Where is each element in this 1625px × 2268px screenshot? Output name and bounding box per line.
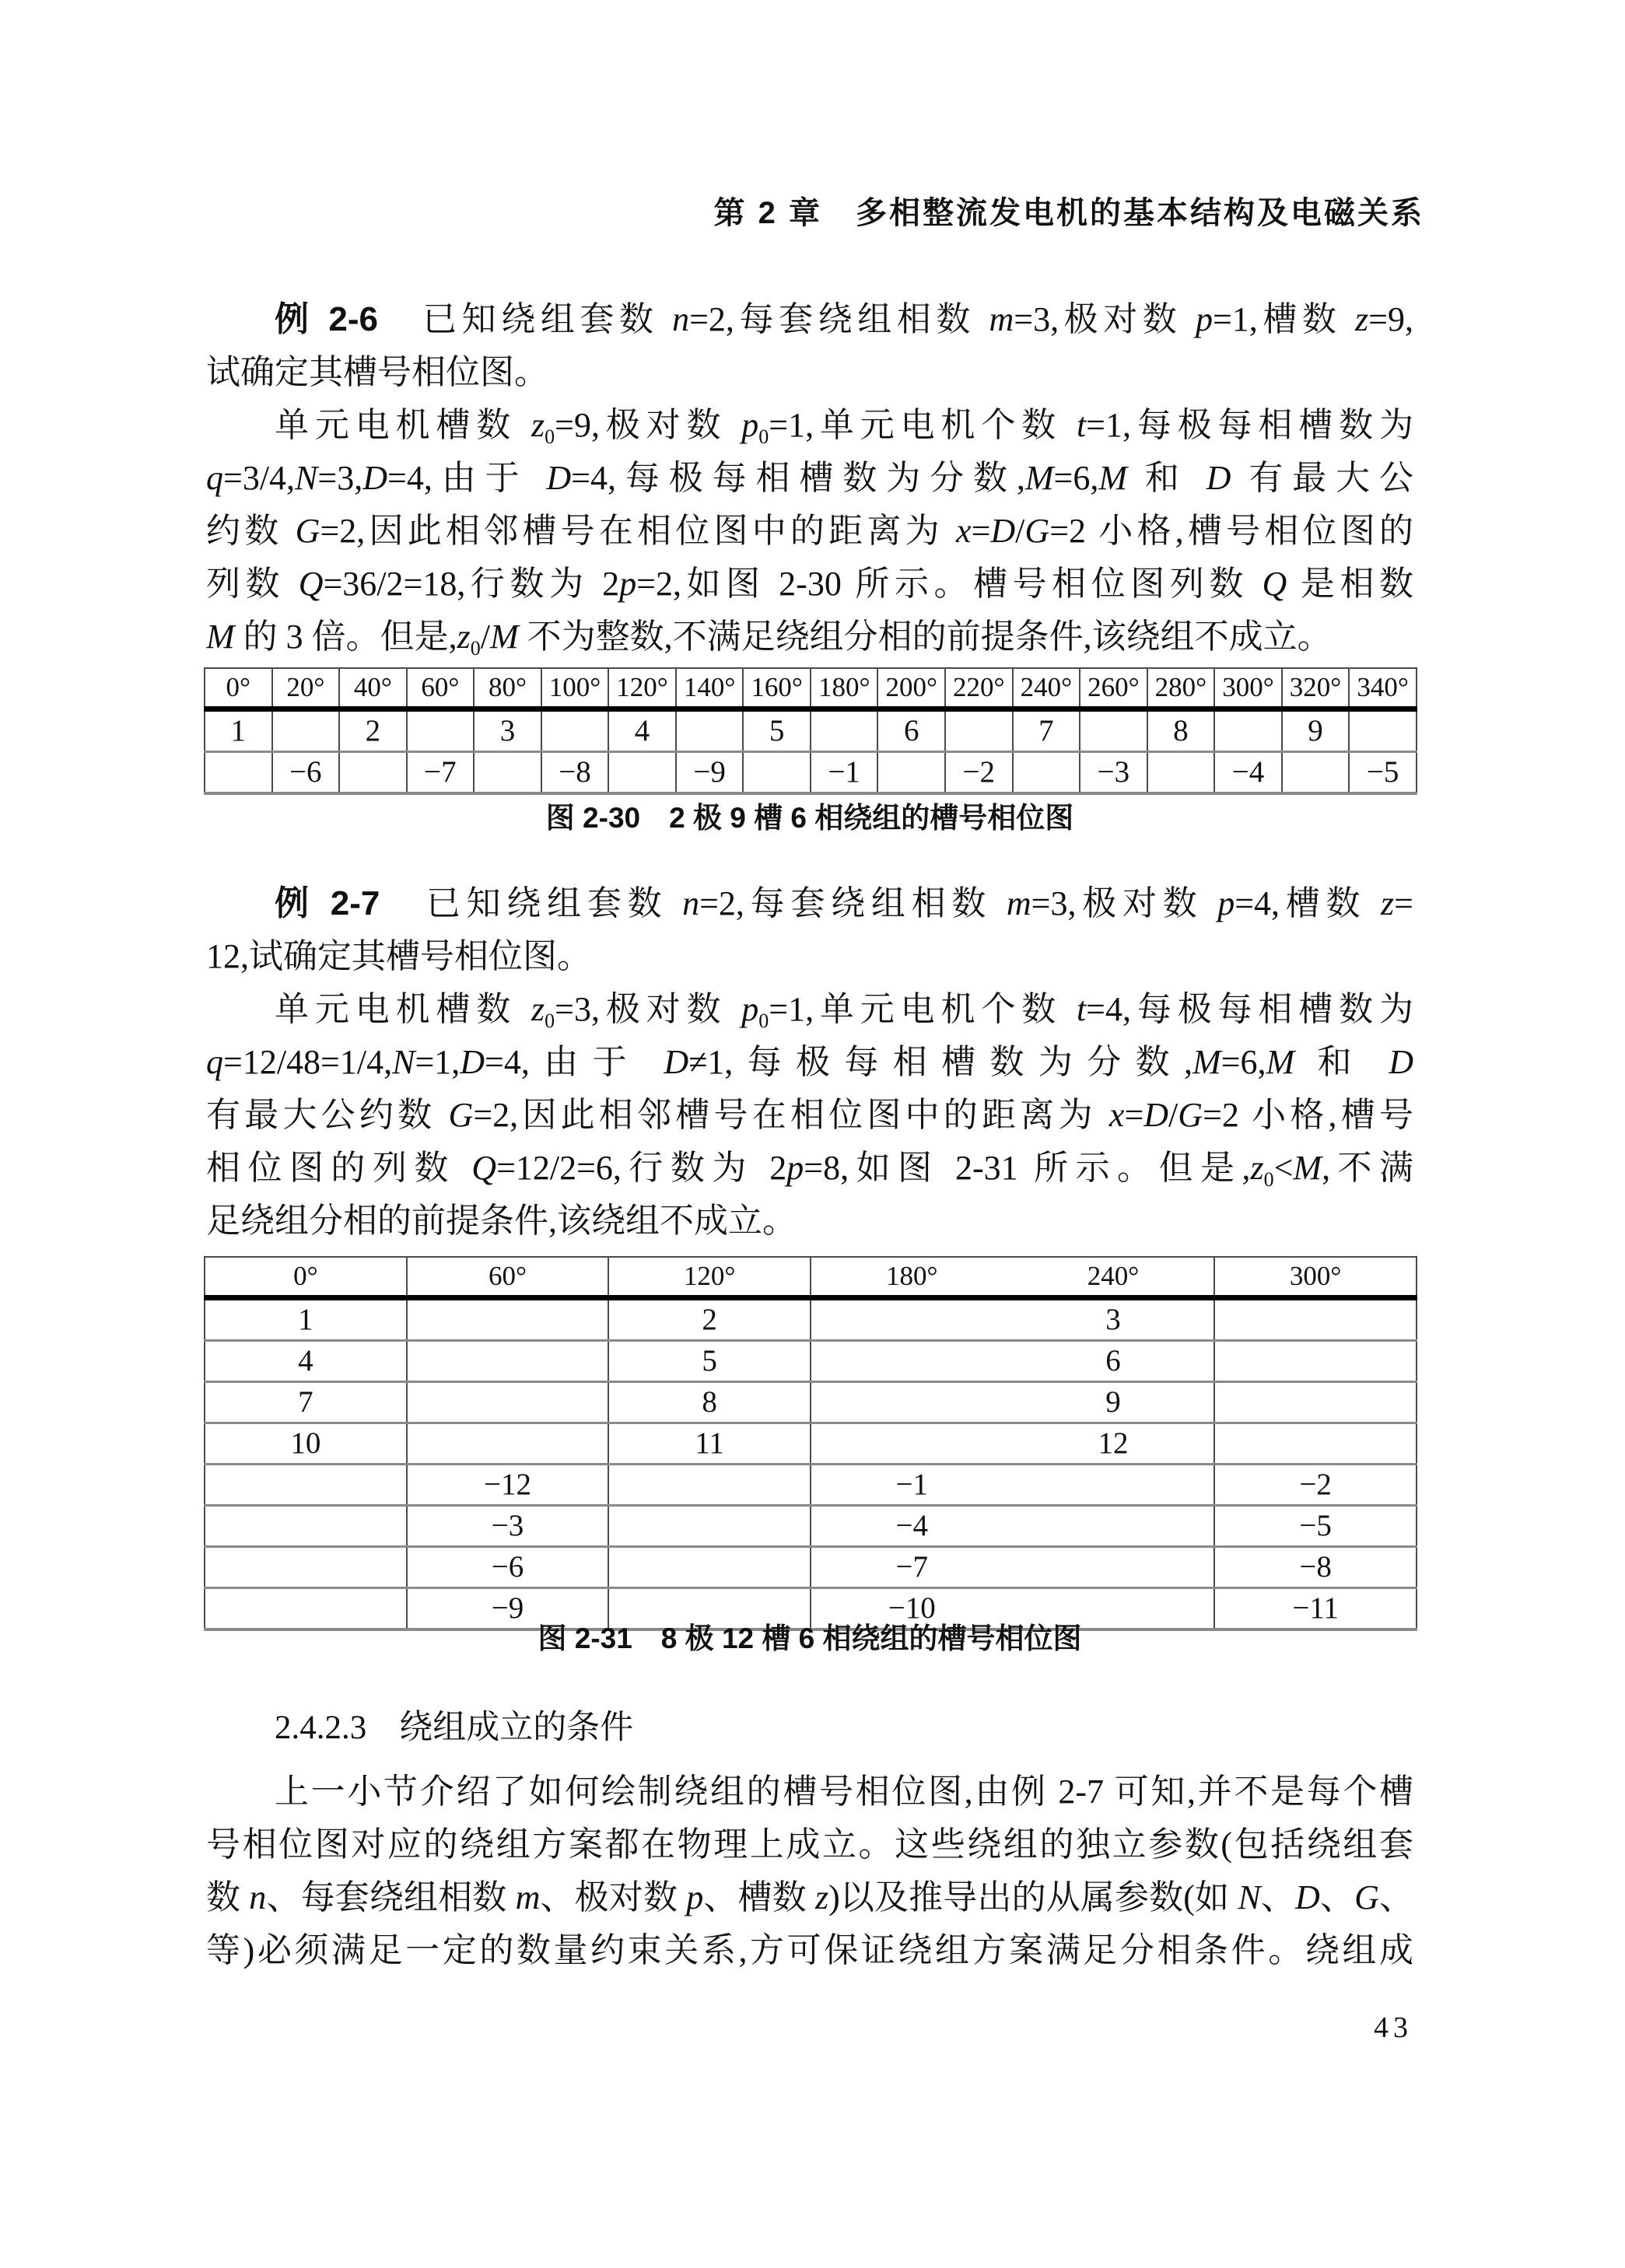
text-run: =3,极对数 [1031, 884, 1218, 922]
text-run: 例 2-7 [275, 884, 380, 922]
degree-header-cell: 240° [1013, 1257, 1215, 1298]
slot-number-cell [945, 709, 1013, 752]
text-run: 、每套绕组相数 [266, 1878, 515, 1916]
math-variable: t [1077, 990, 1086, 1028]
math-variable: p [619, 565, 636, 603]
degree-header-cell: 220° [945, 668, 1013, 709]
slot-number-cell: 4 [205, 1341, 407, 1382]
text-run: =12/2=6,行数为 2 [496, 1149, 786, 1187]
math-variable: M [1098, 459, 1127, 497]
math-variable: x [956, 512, 972, 550]
math-variable: p [786, 1149, 804, 1187]
table-row: 123 [205, 1298, 1417, 1341]
example-2-6-paragraph: 例 2-6 已知绕组套数 n=2,每套绕组相数 m=3,极对数 p=1,槽数 z… [206, 293, 1413, 663]
math-variable: M [206, 618, 235, 656]
text-run: =8,如图 2-31 所示。但是, [804, 1149, 1250, 1187]
slot-phase-table-2-31: 0°60°120°180°240°300°123456789101112−12−… [204, 1256, 1417, 1631]
math-variable: M [1025, 459, 1054, 497]
slot-number-cell: −4 [811, 1506, 1013, 1547]
text-run: =36/2=18,行数为 2 [323, 565, 619, 603]
slot-number-cell [407, 1341, 609, 1382]
text-run: 等)必须满足一定的数量约束关系,方可保证绕组方案满足分相条件。绕组成 [206, 1931, 1413, 1969]
math-variable: n [249, 1878, 266, 1916]
slot-number-cell: 8 [608, 1382, 811, 1423]
slot-number-cell [1214, 709, 1282, 752]
text-line: 例 2-6 已知绕组套数 n=2,每套绕组相数 m=3,极对数 p=1,槽数 z… [206, 293, 1413, 346]
math-variable: m [1007, 884, 1031, 922]
text-run: =1,单元电机个数 [769, 406, 1077, 444]
math-variable: M [1192, 1043, 1221, 1081]
math-variable: p [741, 990, 758, 1028]
math-variable: z [531, 406, 545, 444]
text-line: 单元电机槽数 z0=9,极对数 p0=1,单元电机个数 t=1,每极每相槽数为 [206, 399, 1413, 452]
text-run: =4,由于 [387, 459, 546, 497]
text-line: 约数 G=2,因此相邻槽号在相位图中的距离为 x=D/G=2 小格,槽号相位图的 [206, 505, 1413, 558]
text-run: =12/48=1/4, [223, 1043, 392, 1081]
math-variable: z [1355, 300, 1368, 338]
slot-number-cell: −3 [1080, 752, 1147, 794]
text-run: 12,试确定其槽号相位图。 [206, 937, 591, 975]
text-run: = [1124, 1096, 1143, 1134]
slot-number-cell [811, 1298, 1013, 1341]
slot-number-cell [1013, 1506, 1215, 1547]
degree-header-cell: 240° [1013, 668, 1080, 709]
slot-number-cell [811, 1423, 1013, 1465]
math-variable: D [1206, 459, 1231, 497]
slot-number-cell: 8 [1147, 709, 1215, 752]
slot-number-cell: −6 [272, 752, 340, 794]
text-run: =2 小格,槽号相位图的 [1049, 512, 1413, 550]
text-line: q=3/4,N=3,D=4,由于 D=4,每极每相槽数为分数,M=6,M 和 D… [206, 452, 1413, 505]
text-run: =9, [1368, 300, 1413, 338]
slot-number-cell: 5 [743, 709, 811, 752]
text-run: 和 [1127, 459, 1206, 497]
math-variable: p [1196, 300, 1213, 338]
slot-number-cell: 9 [1013, 1382, 1215, 1423]
degree-header-cell: 320° [1282, 668, 1350, 709]
slot-number-cell [1349, 709, 1417, 752]
text-run: =3/4, [223, 459, 295, 497]
slot-number-cell: 3 [474, 709, 541, 752]
text-line: 足绕组分相的前提条件,该绕组不成立。 [206, 1195, 1413, 1248]
text-line: 号相位图对应的绕组方案都在物理上成立。这些绕组的独立参数(包括绕组套 [206, 1818, 1413, 1871]
slot-number-cell: 2 [339, 709, 407, 752]
text-run: 足绕组分相的前提条件,该绕组不成立。 [206, 1202, 797, 1240]
text-run: =2,如图 2-30 所示。槽号相位图列数 [636, 565, 1262, 603]
slot-number-cell [1214, 1382, 1417, 1423]
figure-caption-2-31: 图 2-31 8 极 12 槽 6 相绕组的槽号相位图 [206, 1622, 1413, 1656]
text-line: 例 2-7 已知绕组套数 n=2,每套绕组相数 m=3,极对数 p=4,槽数 z… [206, 877, 1413, 930]
degree-header-cell: 260° [1080, 668, 1147, 709]
text-run: ,不满 [1322, 1149, 1413, 1187]
degree-header-cell: 300° [1214, 1257, 1417, 1298]
text-run: / [1015, 512, 1024, 550]
text-line: q=12/48=1/4,N=1,D=4,由于 D≠1,每极每相槽数为分数,M=6… [206, 1036, 1413, 1089]
slot-number-cell [1214, 1341, 1417, 1382]
text-run: 相位图的列数 [206, 1149, 471, 1187]
math-variable: G [449, 1096, 474, 1134]
math-variable: G [1178, 1096, 1203, 1134]
text-run: 、极对数 [540, 1878, 686, 1916]
math-subscript: 0 [545, 425, 555, 448]
math-variable: D [1143, 1096, 1168, 1134]
text-line: 相位图的列数 Q=12/2=6,行数为 2p=8,如图 2-31 所示。但是,z… [206, 1142, 1413, 1195]
closing-paragraph: 上一小节介绍了如何绘制绕组的槽号相位图,由例 2-7 可知,并不是每个槽号相位图… [206, 1766, 1413, 1977]
slot-number-cell: −12 [407, 1465, 609, 1506]
slot-number-cell: −5 [1214, 1506, 1417, 1547]
text-run: =2,每套绕组相数 [689, 300, 989, 338]
slot-number-cell [205, 1547, 407, 1588]
slot-number-cell: 9 [1282, 709, 1350, 752]
slot-number-cell: 12 [1013, 1423, 1215, 1465]
math-variable: D [664, 1043, 688, 1081]
degree-header-cell: 160° [743, 668, 811, 709]
math-variable: M [1266, 1043, 1294, 1081]
slot-number-cell: −2 [1214, 1465, 1417, 1506]
text-run: = [972, 512, 991, 550]
slot-number-cell [608, 1506, 811, 1547]
text-run: =1,槽数 [1213, 300, 1355, 338]
math-variable: t [1077, 406, 1086, 444]
math-variable: n [682, 884, 699, 922]
math-variable: G [1354, 1878, 1379, 1916]
math-variable: D [1295, 1878, 1320, 1916]
math-variable: Q [299, 565, 324, 603]
slot-number-cell: 11 [608, 1423, 811, 1465]
slot-number-cell [205, 752, 272, 794]
table-row: 789 [205, 1382, 1417, 1423]
math-variable: N [1238, 1878, 1260, 1916]
math-variable: z [457, 618, 471, 656]
slot-number-cell [272, 709, 340, 752]
slot-number-cell [407, 1423, 609, 1465]
slot-number-cell [877, 752, 945, 794]
text-run: 有最大公约数 [206, 1096, 449, 1134]
text-run: = [1394, 884, 1413, 922]
text-run: 、 [1261, 1878, 1295, 1916]
math-variable: G [296, 512, 320, 550]
slot-number-cell: −7 [811, 1547, 1013, 1588]
slot-number-cell: −1 [811, 752, 878, 794]
degree-header-cell: 120° [608, 668, 676, 709]
slot-number-cell: −3 [407, 1506, 609, 1547]
table-row: −12−1−2 [205, 1465, 1417, 1506]
slot-number-cell: 2 [608, 1298, 811, 1341]
text-run: / [481, 618, 490, 656]
table-header-row: 0°20°40°60°80°100°120°140°160°180°200°22… [205, 668, 1417, 709]
degree-header-cell: 20° [272, 668, 340, 709]
degree-header-cell: 180° [811, 1257, 1013, 1298]
text-run: 和 [1294, 1043, 1389, 1081]
chapter-header: 第 2 章 多相整流发电机的基本结构及电磁关系 [714, 188, 1424, 233]
math-variable: m [516, 1878, 541, 1916]
slot-number-cell [1013, 1465, 1215, 1506]
math-variable: z [531, 990, 545, 1028]
slot-number-cell [541, 709, 609, 752]
text-run: 单元电机槽数 [275, 406, 531, 444]
slot-number-cell [608, 1465, 811, 1506]
degree-header-cell: 340° [1349, 668, 1417, 709]
table-row: 123456789 [205, 709, 1417, 752]
slot-number-cell: 7 [1013, 709, 1080, 752]
math-variable: q [206, 459, 223, 497]
text-run: 数 [206, 1878, 249, 1916]
text-run: 约数 [206, 512, 296, 550]
slot-number-cell: 3 [1013, 1298, 1215, 1341]
slot-number-cell [608, 752, 676, 794]
slot-number-cell [205, 1465, 407, 1506]
math-variable: Q [471, 1149, 496, 1187]
slot-number-cell: 6 [877, 709, 945, 752]
slot-phase-table-2-30: 0°20°40°60°80°100°120°140°160°180°200°22… [204, 667, 1417, 795]
degree-header-cell: 200° [877, 668, 945, 709]
text-run: 是相数 [1287, 565, 1413, 603]
math-subscript: 0 [545, 1010, 555, 1032]
math-variable: D [990, 512, 1015, 550]
degree-header-cell: 60° [407, 668, 475, 709]
slot-number-cell [1282, 752, 1350, 794]
text-line: 数 n、每套绕组相数 m、极对数 p、槽数 z)以及推导出的从属参数(如 N、D… [206, 1871, 1413, 1924]
degree-header-cell: 120° [608, 1257, 811, 1298]
text-run: 上一小节介绍了如何绘制绕组的槽号相位图,由例 2-7 可知,并不是每个槽 [275, 1773, 1413, 1811]
slot-number-cell [1013, 1547, 1215, 1588]
slot-number-cell [407, 1382, 609, 1423]
math-subscript: 0 [1264, 1168, 1274, 1191]
slot-number-cell: −8 [541, 752, 609, 794]
slot-number-cell [205, 1506, 407, 1547]
section-title: 绕组成立的条件 [399, 1710, 633, 1746]
table-row: −6−7−8 [205, 1547, 1417, 1588]
text-run: =4,每极每相槽数为 [1086, 990, 1413, 1028]
math-variable: N [392, 1043, 415, 1081]
math-variable: p [741, 406, 758, 444]
degree-header-cell: 40° [339, 668, 407, 709]
slot-number-cell [1214, 1423, 1417, 1465]
text-run: =4,槽数 [1235, 884, 1381, 922]
text-run: < [1274, 1149, 1294, 1187]
math-variable: D [546, 459, 571, 497]
slot-number-cell [676, 709, 744, 752]
math-variable: M [490, 618, 519, 656]
math-variable: m [989, 300, 1014, 338]
degree-header-cell: 0° [205, 668, 272, 709]
table-row: 456 [205, 1341, 1417, 1382]
slot-number-cell: 6 [1013, 1341, 1215, 1382]
text-run: 、 [1320, 1878, 1354, 1916]
math-variable: D [1389, 1043, 1413, 1081]
text-run: =3,极对数 [1014, 300, 1196, 338]
math-subscript: 0 [758, 1010, 769, 1032]
math-variable: M [1293, 1149, 1322, 1187]
degree-header-cell: 140° [676, 668, 744, 709]
book-page: 第 2 章 多相整流发电机的基本结构及电磁关系 例 2-6 已知绕组套数 n=2… [0, 0, 1625, 2268]
slot-number-cell [811, 709, 878, 752]
degree-header-cell: 300° [1214, 668, 1282, 709]
text-line: 上一小节介绍了如何绘制绕组的槽号相位图,由例 2-7 可知,并不是每个槽 [206, 1766, 1413, 1818]
slot-number-cell [1147, 752, 1215, 794]
slot-number-cell [1080, 709, 1147, 752]
degree-header-cell: 0° [205, 1257, 407, 1298]
slot-number-cell: −2 [945, 752, 1013, 794]
text-run: / [1168, 1096, 1178, 1134]
slot-number-cell: −7 [407, 752, 475, 794]
text-run: 、槽数 [703, 1878, 815, 1916]
text-run: 的 3 倍。但是, [235, 618, 457, 656]
math-subscript: 0 [758, 425, 769, 448]
table-row: −6−7−8−9−1−2−3−4−5 [205, 752, 1417, 794]
text-line: M 的 3 倍。但是,z0/M 不为整数,不满足绕组分相的前提条件,该绕组不成立… [206, 611, 1413, 663]
slot-number-cell: −8 [1214, 1547, 1417, 1588]
slot-number-cell [743, 752, 811, 794]
text-run: =4,由于 [485, 1043, 664, 1081]
text-line: 等)必须满足一定的数量约束关系,方可保证绕组方案满足分相条件。绕组成 [206, 1924, 1413, 1977]
slot-number-cell [811, 1341, 1013, 1382]
slot-number-cell: 1 [205, 1298, 407, 1341]
slot-number-cell: −1 [811, 1465, 1013, 1506]
text-run: 例 2-6 [275, 300, 378, 338]
math-variable: z [1381, 884, 1394, 922]
slot-number-cell: 4 [608, 709, 676, 752]
slot-number-cell: −9 [676, 752, 744, 794]
slot-number-cell [407, 1298, 609, 1341]
text-run: 已知绕组套数 [378, 300, 672, 338]
section-number: 2.4.2.3 [275, 1710, 366, 1746]
math-variable: p [686, 1878, 703, 1916]
degree-header-cell: 80° [474, 668, 541, 709]
slot-number-cell [339, 752, 407, 794]
text-run: =4,每极每相槽数为分数, [571, 459, 1025, 497]
table-row: 101112 [205, 1423, 1417, 1465]
math-variable: x [1109, 1096, 1125, 1134]
table-header-row: 0°60°120°180°240°300° [205, 1257, 1417, 1298]
text-run: =2,因此相邻槽号在相位图中的距离为 [473, 1096, 1109, 1134]
slot-number-cell: 7 [205, 1382, 407, 1423]
text-run: =1,单元电机个数 [769, 990, 1077, 1028]
math-variable: N [295, 459, 317, 497]
math-variable: Q [1263, 565, 1287, 603]
text-line: 列数 Q=36/2=18,行数为 2p=2,如图 2-30 所示。槽号相位图列数… [206, 558, 1413, 611]
slot-number-cell: 10 [205, 1423, 407, 1465]
math-subscript: 0 [471, 637, 481, 660]
degree-header-cell: 180° [811, 668, 878, 709]
text-run: 号相位图对应的绕组方案都在物理上成立。这些绕组的独立参数(包括绕组套 [206, 1825, 1413, 1864]
text-run: )以及推导出的从属参数(如 [828, 1878, 1238, 1916]
slot-number-cell: 1 [205, 709, 272, 752]
text-run: =2,因此相邻槽号在相位图中的距离为 [320, 512, 956, 550]
section-heading: 2.4.2.3绕组成立的条件 [275, 1709, 633, 1748]
math-variable: z [1250, 1149, 1263, 1187]
math-variable: n [672, 300, 689, 338]
degree-header-cell: 280° [1147, 668, 1215, 709]
slot-number-cell: −5 [1349, 752, 1417, 794]
slot-number-cell [407, 709, 475, 752]
slot-number-cell: −4 [1214, 752, 1282, 794]
math-variable: z [815, 1878, 828, 1916]
slot-number-cell [811, 1382, 1013, 1423]
math-variable: p [1217, 884, 1235, 922]
text-run: =3,极对数 [555, 990, 741, 1028]
text-run: =6, [1221, 1043, 1266, 1081]
text-run: 列数 [206, 565, 299, 603]
slot-number-cell [1013, 752, 1080, 794]
math-variable: D [460, 1043, 485, 1081]
text-run: =1, [415, 1043, 460, 1081]
text-run: =1,每极每相槽数为 [1086, 406, 1413, 444]
text-run: =3, [317, 459, 362, 497]
text-run: =2,每套绕组相数 [699, 884, 1007, 922]
text-run: =2 小格,槽号 [1203, 1096, 1413, 1134]
text-run: 单元电机槽数 [275, 990, 531, 1028]
text-run: 试确定其槽号相位图。 [206, 353, 548, 391]
degree-header-cell: 100° [541, 668, 609, 709]
text-run: =6, [1054, 459, 1099, 497]
text-run: 、 [1379, 1878, 1413, 1916]
math-variable: q [206, 1043, 223, 1081]
text-run: 不为整数,不满足绕组分相的前提条件,该绕组不成立。 [519, 618, 1332, 656]
text-line: 12,试确定其槽号相位图。 [206, 930, 1413, 983]
slot-number-cell: −6 [407, 1547, 609, 1588]
math-variable: G [1024, 512, 1049, 550]
text-line: 单元电机槽数 z0=3,极对数 p0=1,单元电机个数 t=4,每极每相槽数为 [206, 983, 1413, 1036]
example-2-7-paragraph: 例 2-7 已知绕组套数 n=2,每套绕组相数 m=3,极对数 p=4,槽数 z… [206, 877, 1413, 1248]
slot-number-cell: 5 [608, 1341, 811, 1382]
text-line: 试确定其槽号相位图。 [206, 346, 1413, 399]
slot-number-cell [608, 1547, 811, 1588]
text-run: 已知绕组套数 [380, 884, 682, 922]
math-variable: D [362, 459, 387, 497]
slot-number-cell [474, 752, 541, 794]
text-line: 有最大公约数 G=2,因此相邻槽号在相位图中的距离为 x=D/G=2 小格,槽号 [206, 1089, 1413, 1142]
figure-caption-2-30: 图 2-30 2 极 9 槽 6 相绕组的槽号相位图 [206, 801, 1413, 835]
text-run: ≠1,每极每相槽数为分数, [688, 1043, 1192, 1081]
table-row: −3−4−5 [205, 1506, 1417, 1547]
text-run: 有最大公 [1231, 459, 1413, 497]
text-run: =9,极对数 [555, 406, 741, 444]
slot-number-cell [1214, 1298, 1417, 1341]
page-number: 43 [1374, 2011, 1413, 2045]
degree-header-cell: 60° [407, 1257, 609, 1298]
